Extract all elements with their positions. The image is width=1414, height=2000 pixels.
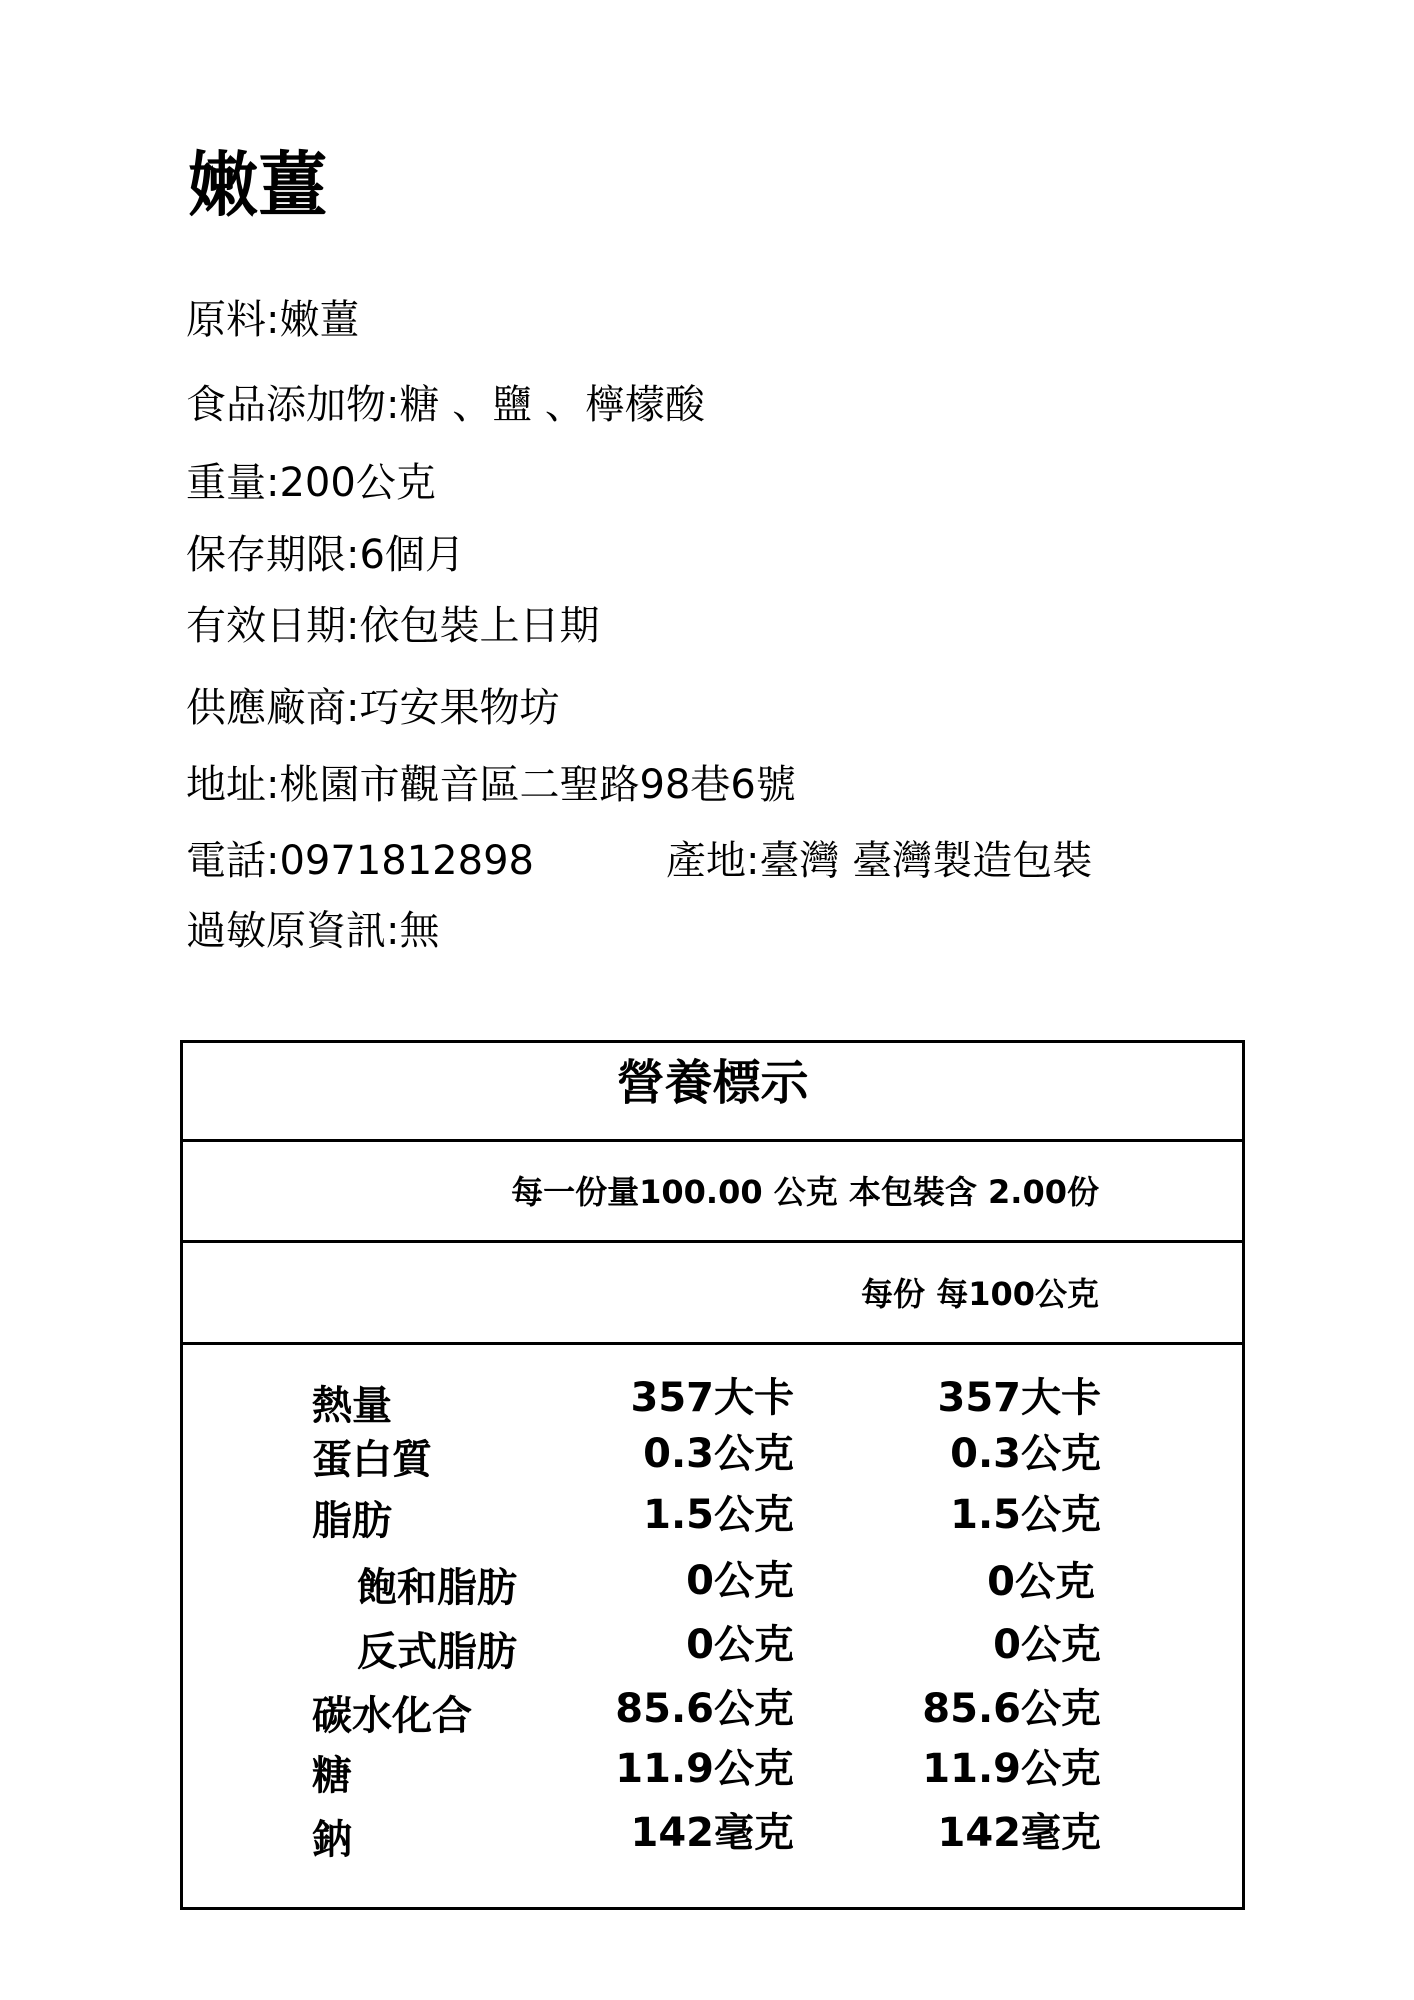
nutrient-label-sodium: 鈉 — [312, 1815, 352, 1865]
nutrient-value-per-100g: 11.9公克 — [922, 1744, 1101, 1794]
nutrient-value-per-serving: 0.3公克 — [643, 1429, 794, 1479]
nutrient-label-protein: 蛋白質 — [312, 1435, 432, 1485]
expiry-line: 有效日期:依包裝上日期 — [186, 601, 599, 651]
phone-line: 電話:0971812898 — [186, 836, 534, 886]
nutrition-table: 營養標示 每一份量100.00 公克 本包裝含 2.00份 每份 每100公克 … — [180, 1040, 1245, 1910]
nutrient-value-per-100g: 1.5公克 — [950, 1490, 1101, 1540]
nutrient-label-trans-fat: 反式脂肪 — [357, 1627, 517, 1677]
nutrient-value-per-100g: 0.3公克 — [950, 1429, 1101, 1479]
additives-line: 食品添加物:糖 、鹽 、檸檬酸 — [186, 380, 705, 430]
nutrient-value-per-100g: 0公克 — [993, 1620, 1101, 1670]
address-line: 地址:桃園市觀音區二聖路98巷6號 — [186, 760, 796, 810]
product-title: 嫩薑 — [188, 140, 328, 230]
nutrient-label-fat: 脂肪 — [312, 1496, 392, 1546]
serving-info: 每一份量100.00 公克 本包裝含 2.00份 — [511, 1172, 1099, 1212]
nutrition-title: 營養標示 — [183, 1055, 1242, 1111]
serving-info-row: 每一份量100.00 公克 本包裝含 2.00份 — [183, 1142, 1242, 1243]
origin-line: 產地:臺灣 臺灣製造包裝 — [666, 836, 1092, 886]
shelf-life-line: 保存期限:6個月 — [186, 530, 465, 580]
supplier-line: 供應廠商:巧安果物坊 — [186, 683, 559, 733]
nutrient-label-sugar: 糖 — [312, 1751, 352, 1801]
nutrient-label-saturated-fat: 飽和脂肪 — [357, 1563, 517, 1613]
weight-line: 重量:200公克 — [186, 458, 436, 508]
nutrient-value-per-serving: 11.9公克 — [615, 1744, 794, 1794]
nutrient-value-per-100g: 0公克 — [987, 1557, 1095, 1607]
nutrient-value-per-100g: 357大卡 — [938, 1373, 1102, 1423]
nutrient-value-per-serving: 0公克 — [686, 1556, 794, 1606]
ingredients-line: 原料:嫩薑 — [186, 295, 359, 345]
nutrient-value-per-serving: 85.6公克 — [615, 1684, 794, 1734]
nutrition-title-row: 營養標示 — [183, 1043, 1242, 1142]
nutrient-label-energy: 熱量 — [312, 1381, 392, 1431]
nutrient-value-per-serving: 357大卡 — [631, 1373, 795, 1423]
nutrient-label-carbohydrate: 碳水化合 — [312, 1691, 472, 1741]
allergens-line: 過敏原資訊:無 — [186, 906, 439, 956]
nutrient-value-per-serving: 0公克 — [686, 1620, 794, 1670]
column-header: 每份 每100公克 — [861, 1274, 1099, 1314]
column-header-row: 每份 每100公克 — [183, 1243, 1242, 1345]
nutrient-value-per-serving: 1.5公克 — [643, 1490, 794, 1540]
nutrient-value-per-100g: 85.6公克 — [922, 1684, 1101, 1734]
nutrient-value-per-serving: 142毫克 — [631, 1808, 795, 1858]
nutrient-value-per-100g: 142毫克 — [938, 1808, 1102, 1858]
